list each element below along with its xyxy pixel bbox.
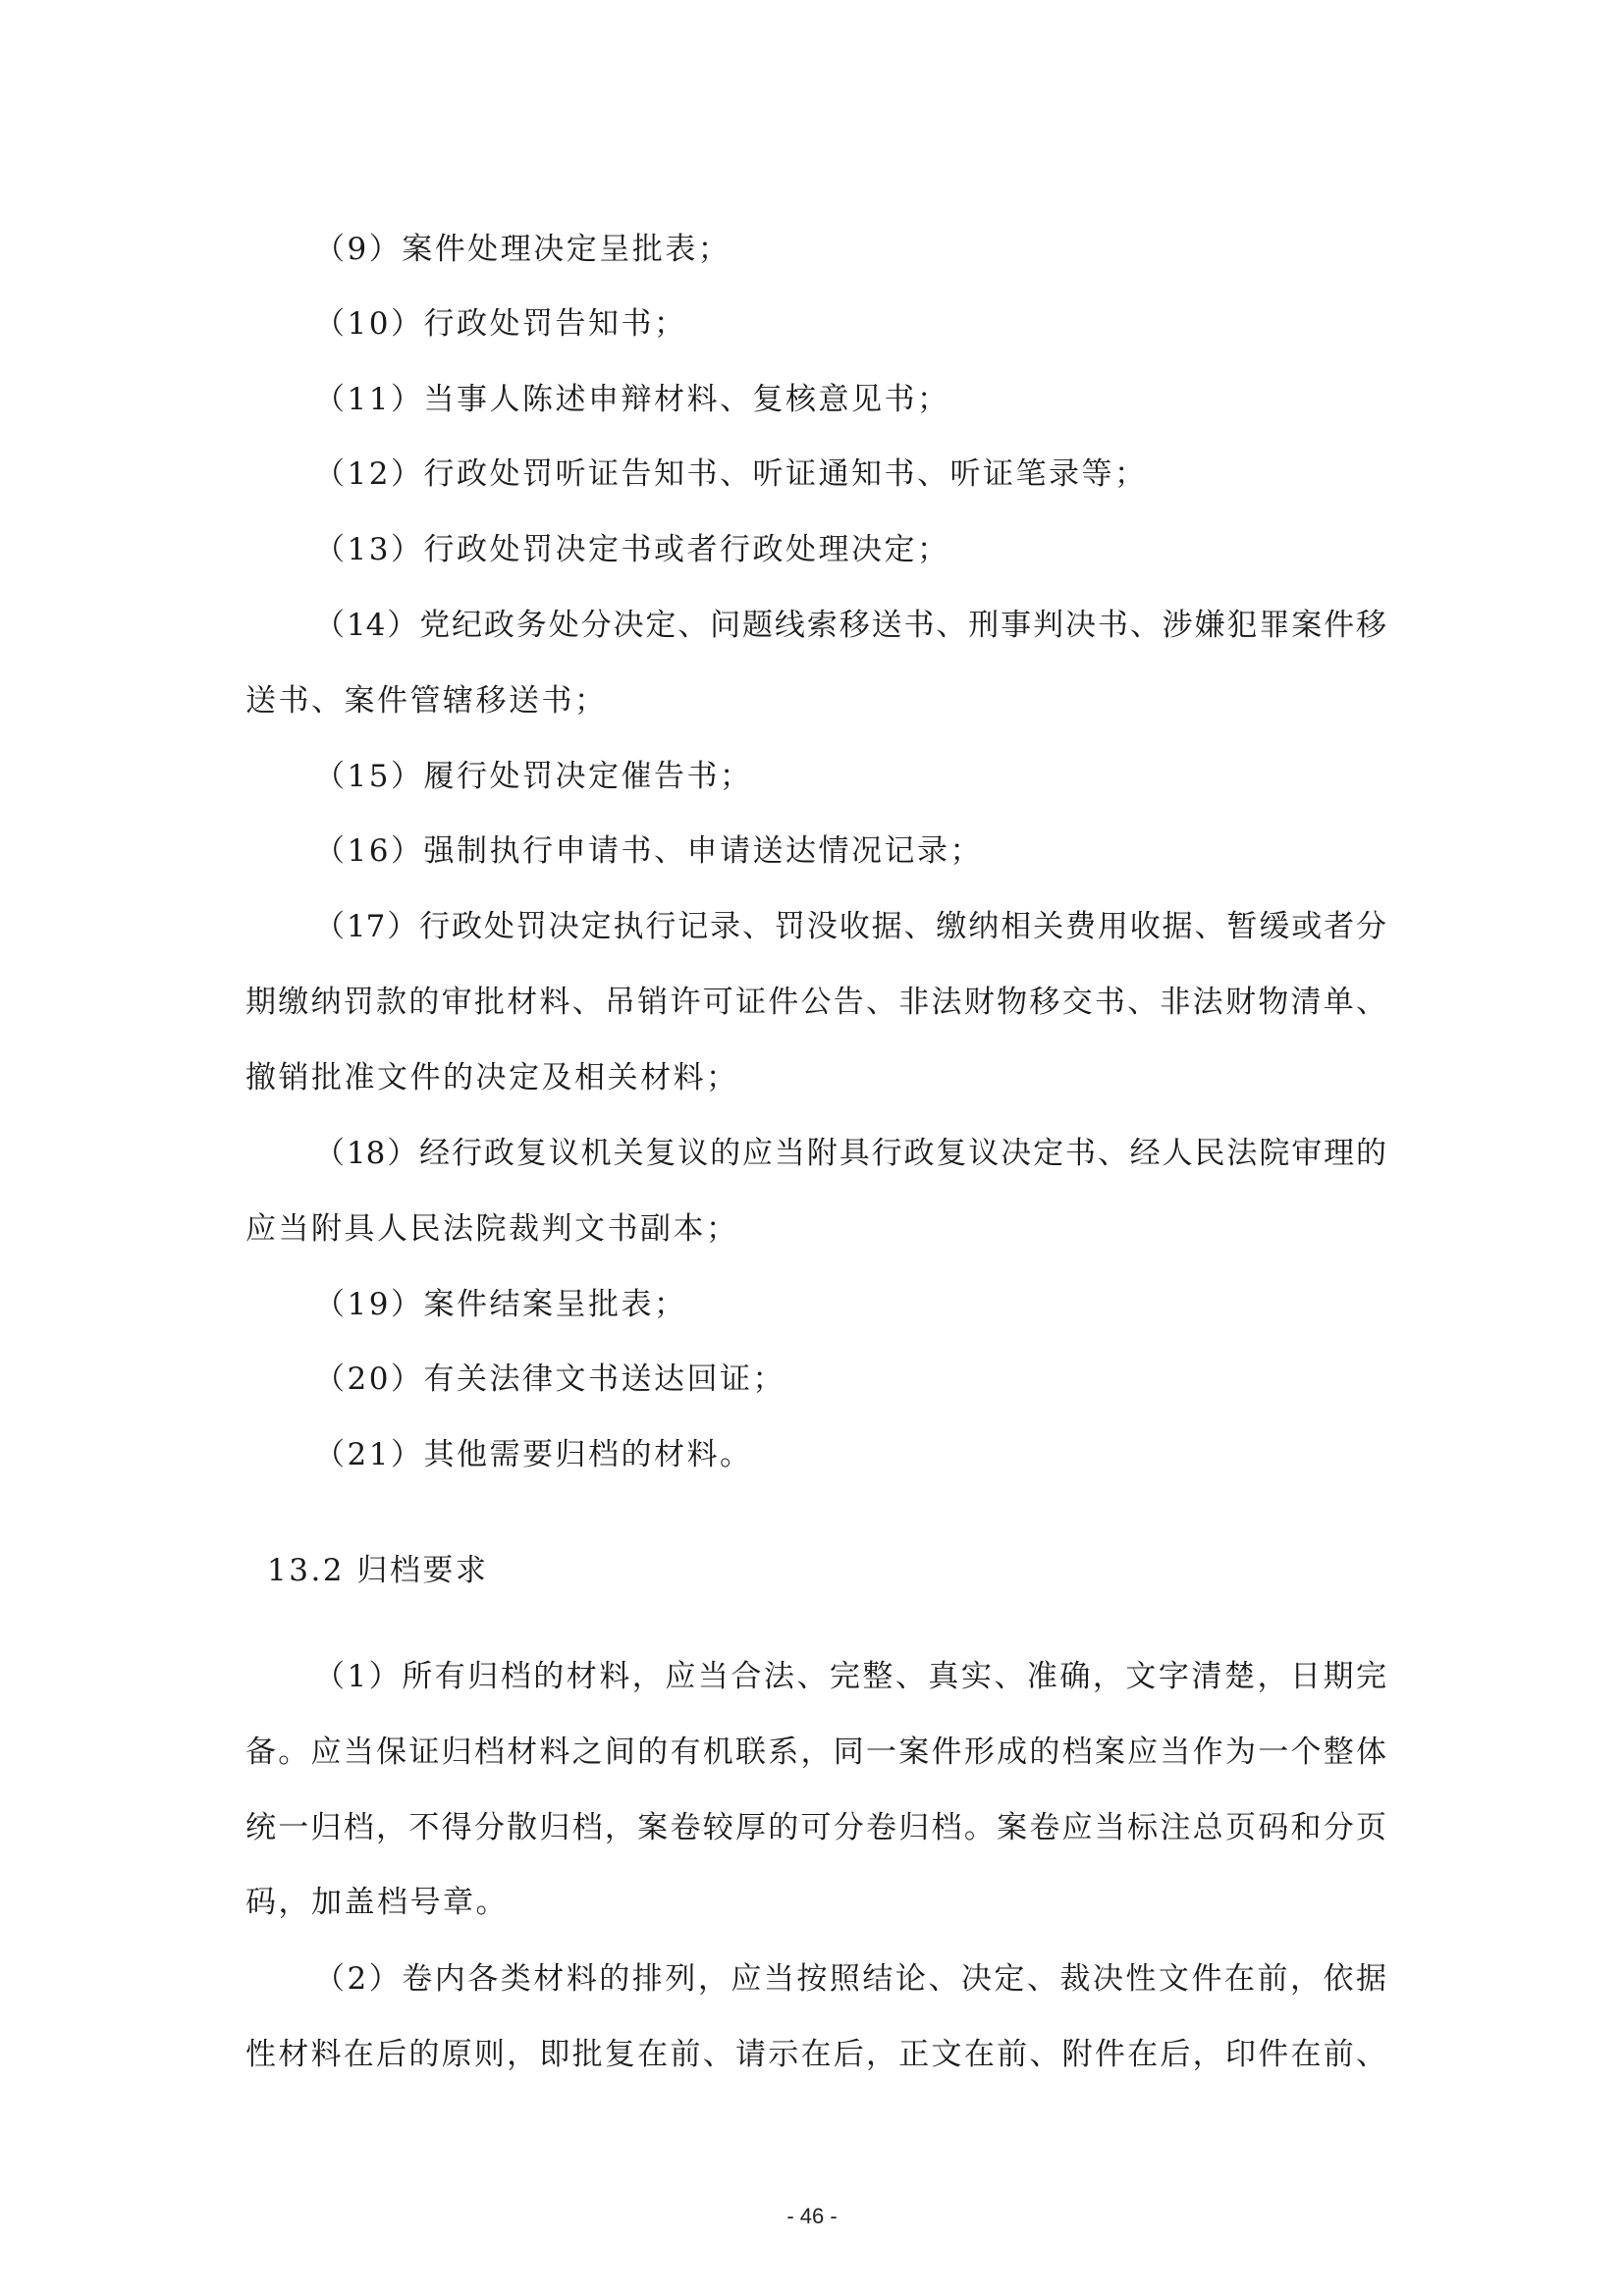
list-item-14-cont: 送书、案件管辖移送书； <box>245 681 608 721</box>
paragraph-2-cont: 性材料在后的原则，即批复在前、请示在后，正文在前、附件在后，印件在前、 <box>245 2035 1386 2074</box>
paragraph-1-cont: 码，加盖档号章。 <box>245 1883 509 1922</box>
list-item-18-cont: 应当附具人民法院裁判文书副本； <box>245 1209 739 1249</box>
paragraph-1: （1）所有归档的材料，应当合法、完整、真实、准确，文字清楚，日期完 <box>314 1657 1386 1696</box>
list-item-10: （10）行政处罚告知书； <box>314 304 686 344</box>
section-heading: 13.2 归档要求 <box>267 1551 488 1590</box>
list-item-18: （18）经行政复议机关复议的应当附具行政复议决定书、经人民法院审理的 <box>314 1134 1386 1173</box>
list-item-17-cont: 期缴纳罚款的审批材料、吊销许可证件公告、非法财物移交书、非法财物清单、 <box>245 983 1386 1022</box>
list-item-11: （11）当事人陈述申辩材料、复核意见书； <box>314 380 949 419</box>
paragraph-1-cont: 统一归档，不得分散归档，案卷较厚的可分卷归档。案卷应当标注总页码和分页 <box>245 1808 1386 1847</box>
list-item-9: （9）案件处理决定呈批表； <box>314 230 731 269</box>
list-item-12: （12）行政处罚听证告知书、听证通知书、听证笔录等； <box>314 454 1147 494</box>
list-item-14: （14）党纪政务处分决定、问题线索移送书、刑事判决书、涉嫌犯罪案件移 <box>314 606 1386 645</box>
paragraph-2: （2）卷内各类材料的排列，应当按照结论、决定、裁决性文件在前，依据 <box>314 1959 1386 1999</box>
list-item-13: （13）行政处罚决定书或者行政处理决定； <box>314 530 949 569</box>
list-item-21: （21）其他需要归档的材料。 <box>314 1435 752 1474</box>
list-item-16: （16）强制执行申请书、申请送达情况记录； <box>314 831 983 871</box>
page-number: - 46 - <box>0 2204 1624 2229</box>
list-item-17-cont: 撤销批准文件的决定及相关材料； <box>245 1058 739 1097</box>
list-item-19: （19）案件结案呈批表； <box>314 1285 686 1324</box>
list-item-20: （20）有关法律文书送达回证； <box>314 1360 785 1399</box>
list-item-15: （15）履行处罚决定催告书； <box>314 757 752 796</box>
paragraph-1-cont: 备。应当保证归档材料之间的有机联系，同一案件形成的档案应当作为一个整体 <box>245 1733 1386 1772</box>
list-item-17: （17）行政处罚决定执行记录、罚没收据、缴纳相关费用收据、暂缓或者分 <box>314 907 1386 946</box>
